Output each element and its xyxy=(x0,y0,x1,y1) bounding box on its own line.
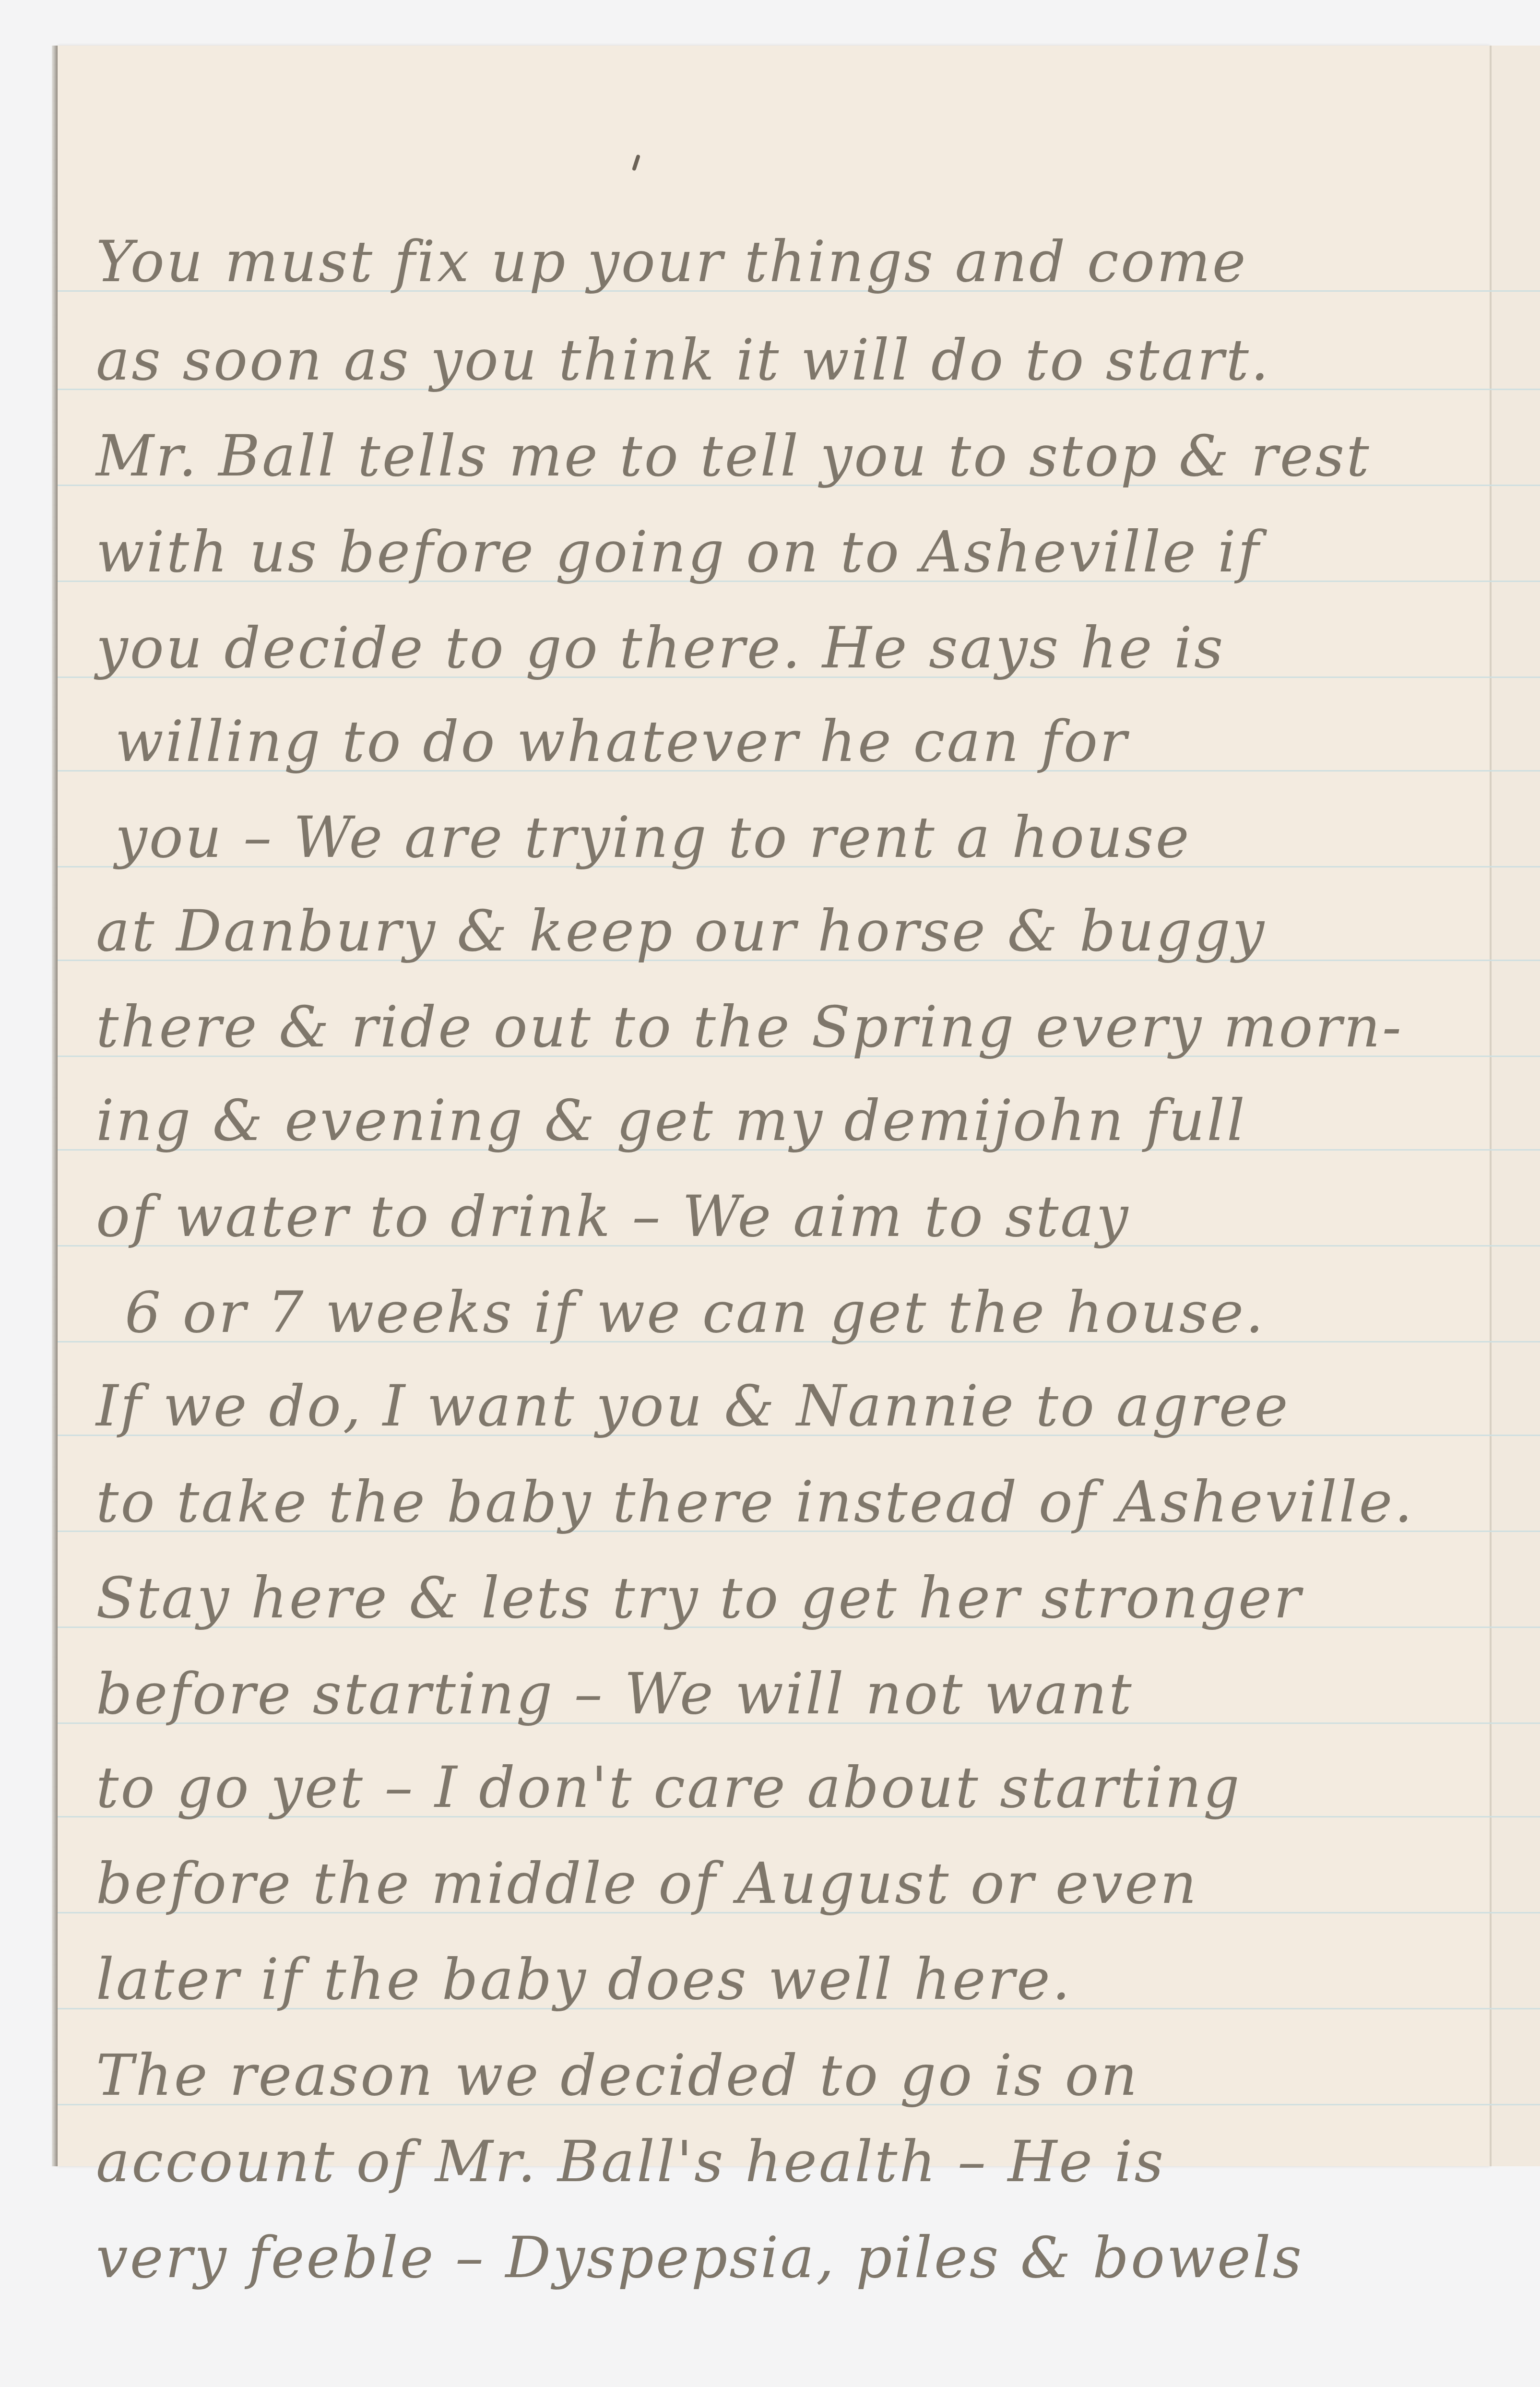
text-line: later if the baby does well here. xyxy=(96,1948,1478,2010)
text-line: before starting – We will not want xyxy=(96,1663,1478,1725)
text-line: to take the baby there instead of Ashevi… xyxy=(96,1471,1478,1533)
text-line: Mr. Ball tells me to tell you to stop & … xyxy=(96,425,1478,487)
text-line: ing & evening & get my demijohn full xyxy=(96,1089,1478,1152)
text-line: before the middle of August or even xyxy=(96,1852,1478,1914)
text-line: with us before going on to Asheville if xyxy=(96,521,1478,583)
text-line: willing to do whatever he can for xyxy=(115,710,1497,772)
text-line: If we do, I want you & Nannie to agree xyxy=(96,1375,1478,1437)
text-line: you – We are trying to rent a house xyxy=(115,806,1497,868)
text-line: 6 or 7 weeks if we can get the house. xyxy=(125,1281,1506,1343)
text-line: very feeble – Dyspepsia, piles & bowels xyxy=(96,2226,1478,2289)
text-line: You must fix up your things and come xyxy=(96,230,1478,293)
text-line: there & ride out to the Spring every mor… xyxy=(96,996,1478,1058)
text-line: The reason we decided to go is on xyxy=(96,2044,1478,2106)
text-line: of water to drink – We aim to stay xyxy=(96,1185,1478,1247)
text-line: as soon as you think it will do to start… xyxy=(96,329,1478,391)
text-line: Stay here & lets try to get her stronger xyxy=(96,1567,1478,1629)
adjacent-page-edge xyxy=(1492,46,1540,2166)
text-line: to go yet – I don't care about starting xyxy=(96,1756,1478,1818)
text-line: account of Mr. Ball's health – He is xyxy=(96,2130,1478,2193)
text-line: at Danbury & keep our horse & buggy xyxy=(96,900,1478,962)
text-line: you decide to go there. He says he is xyxy=(96,617,1478,679)
